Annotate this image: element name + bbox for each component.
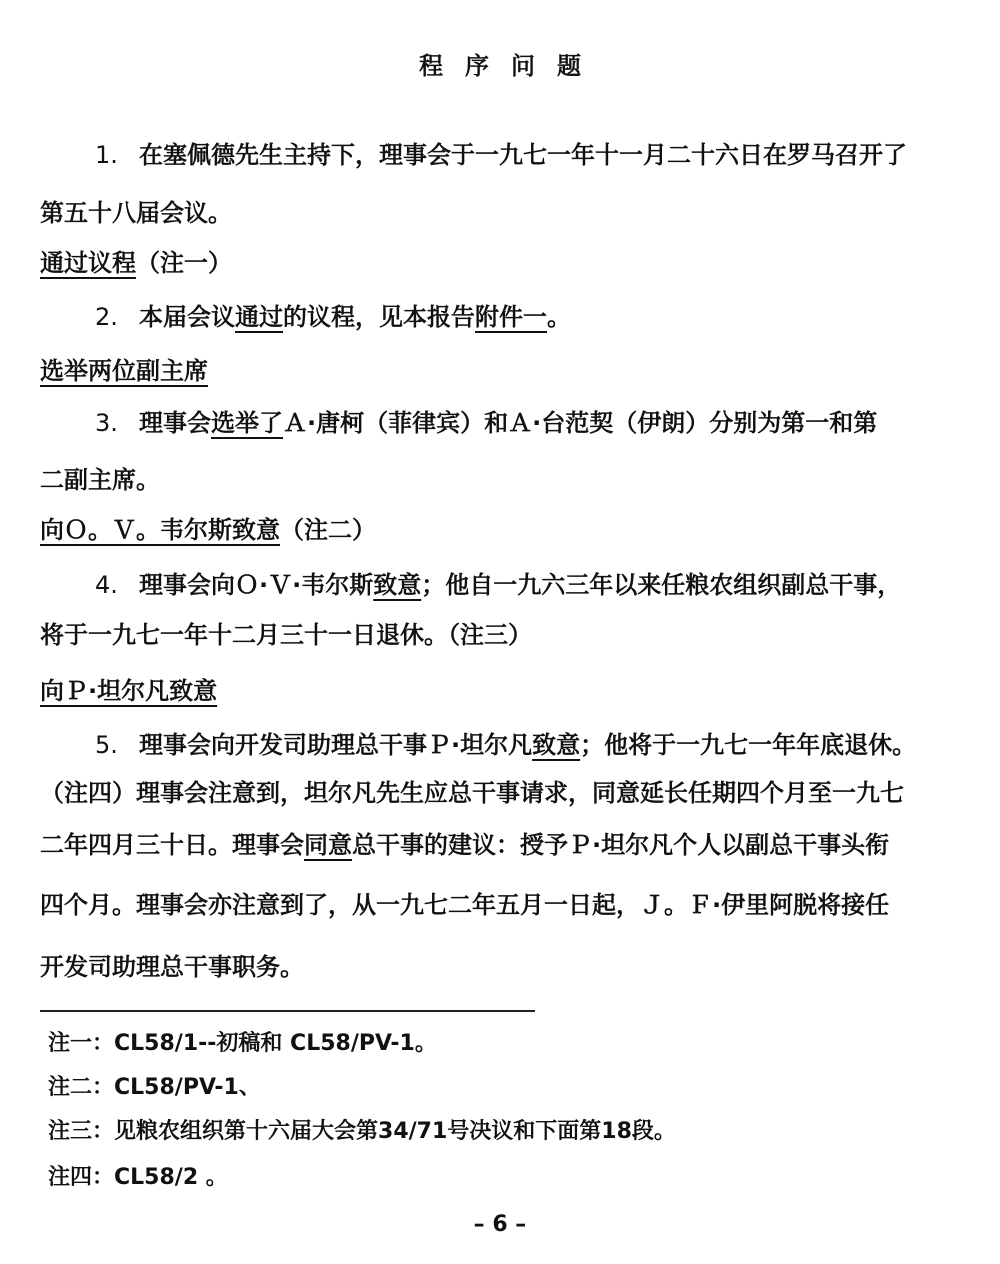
section-heading-elect-vice-chairmen: 选举两位副主席 [40, 356, 208, 386]
paragraph-text: 二年四月三十日。理事会 [40, 831, 304, 859]
footnote-label: 注一： [48, 1031, 114, 1056]
footnote-divider [40, 1010, 535, 1012]
paragraph-5-line-2: （注四）理事会注意到，坦尔凡先生应总干事请求，同意延长任期四个月至一九七 [40, 778, 904, 808]
paragraph-3-line-1: 3.理事会选举了Ａ·唐柯（菲律宾）和Ａ·台范契（伊朗）分别为第一和第 [95, 408, 877, 438]
footnote-label: 注三： [48, 1119, 114, 1144]
footnote-text: CL58/2 。 [114, 1165, 228, 1190]
footnote-text: CL58/PV-1、 [114, 1075, 261, 1100]
paragraph-number: 5. [95, 730, 139, 760]
paragraph-text: 总干事的建议：授予Ｐ·坦尔凡个人以副总干事头衔 [352, 831, 889, 859]
paragraph-text: 理事会向开发司助理总干事Ｐ·坦尔凡 [139, 731, 532, 759]
page-number: – 6 – [0, 1212, 1000, 1237]
footnote-text: CL58/1--初稿和 CL58/PV-1。 [114, 1031, 437, 1056]
paragraph-4-line-2: 将于一九七一年十二月三十一日退休。（注三） [40, 620, 532, 650]
heading-underlined: 通过议程 [40, 249, 136, 277]
footnote-label: 注二： [48, 1075, 114, 1100]
paragraph-text: Ａ·唐柯（菲律宾）和Ａ·台范契（伊朗）分别为第一和第 [283, 409, 877, 437]
paragraph-text: 的议程，见本报告 [283, 303, 475, 331]
paragraph-text: ；他将于一九七一年年底退休。 [580, 731, 916, 759]
footnote-text: 见粮农组织第十六届大会第34/71号决议和下面第18段。 [114, 1119, 676, 1144]
section-heading-tribute-wells: 向Ｏ。Ｖ。韦尔斯致意（注二） [40, 515, 376, 545]
paragraph-text: 理事会向Ｏ·Ｖ·韦尔斯 [139, 571, 373, 599]
document-page: 程序问题 1.在塞佩德先生主持下，理事会于一九七一年十一月二十六日在罗马召开了 … [0, 0, 1000, 1264]
paragraph-1-line-2: 第五十八届会议。 [40, 198, 232, 228]
paragraph-5-line-3: 二年四月三十日。理事会同意总干事的建议：授予Ｐ·坦尔凡个人以副总干事头衔 [40, 830, 889, 860]
underlined-text: 致意 [532, 731, 580, 759]
footnote-label: 注四： [48, 1165, 114, 1190]
paragraph-text: 理事会 [139, 409, 211, 437]
paragraph-text: 在塞佩德先生主持下，理事会于一九七一年十一月二十六日在罗马召开了 [139, 141, 907, 169]
paragraph-2: 2.本届会议通过的议程，见本报告附件一。 [95, 302, 571, 332]
section-heading-adopt-agenda: 通过议程（注一） [40, 248, 232, 278]
paragraph-text: 本届会议 [139, 303, 235, 331]
paragraph-number: 4. [95, 570, 139, 600]
paragraph-3-line-2: 二副主席。 [40, 465, 160, 495]
paragraph-5-line-5: 开发司助理总干事职务。 [40, 952, 304, 982]
paragraph-number: 1. [95, 140, 139, 170]
heading-note-ref: （注二） [280, 516, 376, 544]
paragraph-text: ；他自一九六三年以来任粮农组织副总干事， [421, 571, 901, 599]
paragraph-5-line-1: 5.理事会向开发司助理总干事Ｐ·坦尔凡致意；他将于一九七一年年底退休。 [95, 730, 916, 760]
heading-underlined: 向Ｐ·坦尔凡致意 [40, 677, 217, 705]
paragraph-number: 2. [95, 302, 139, 332]
paragraph-1-line-1: 1.在塞佩德先生主持下，理事会于一九七一年十一月二十六日在罗马召开了 [95, 140, 907, 170]
paragraph-text: 。 [547, 303, 571, 331]
section-heading-tribute-terver: 向Ｐ·坦尔凡致意 [40, 676, 217, 706]
footnote-3: 注三：见粮农组织第十六届大会第34/71号决议和下面第18段。 [48, 1114, 676, 1145]
underlined-text: 致意 [373, 571, 421, 599]
footnote-1: 注一：CL58/1--初稿和 CL58/PV-1。 [48, 1026, 437, 1057]
heading-underlined: 向Ｏ。Ｖ。韦尔斯致意 [40, 516, 280, 544]
underlined-text: 同意 [304, 831, 352, 859]
annex-reference: 附件一 [475, 303, 547, 331]
underlined-text: 通过 [235, 303, 283, 331]
footnote-4: 注四：CL58/2 。 [48, 1160, 228, 1191]
footnote-2: 注二：CL58/PV-1、 [48, 1070, 261, 1101]
paragraph-5-line-4: 四个月。理事会亦注意到了，从一九七二年五月一日起，Ｊ。Ｆ·伊里阿脱将接任 [40, 890, 889, 920]
paragraph-number: 3. [95, 408, 139, 438]
heading-note-ref: （注一） [136, 249, 232, 277]
paragraph-4-line-1: 4.理事会向Ｏ·Ｖ·韦尔斯致意；他自一九六三年以来任粮农组织副总干事， [95, 570, 901, 600]
underlined-text: 选举了 [211, 409, 283, 437]
heading-underlined: 选举两位副主席 [40, 357, 208, 385]
page-title: 程序问题 [0, 46, 1000, 81]
